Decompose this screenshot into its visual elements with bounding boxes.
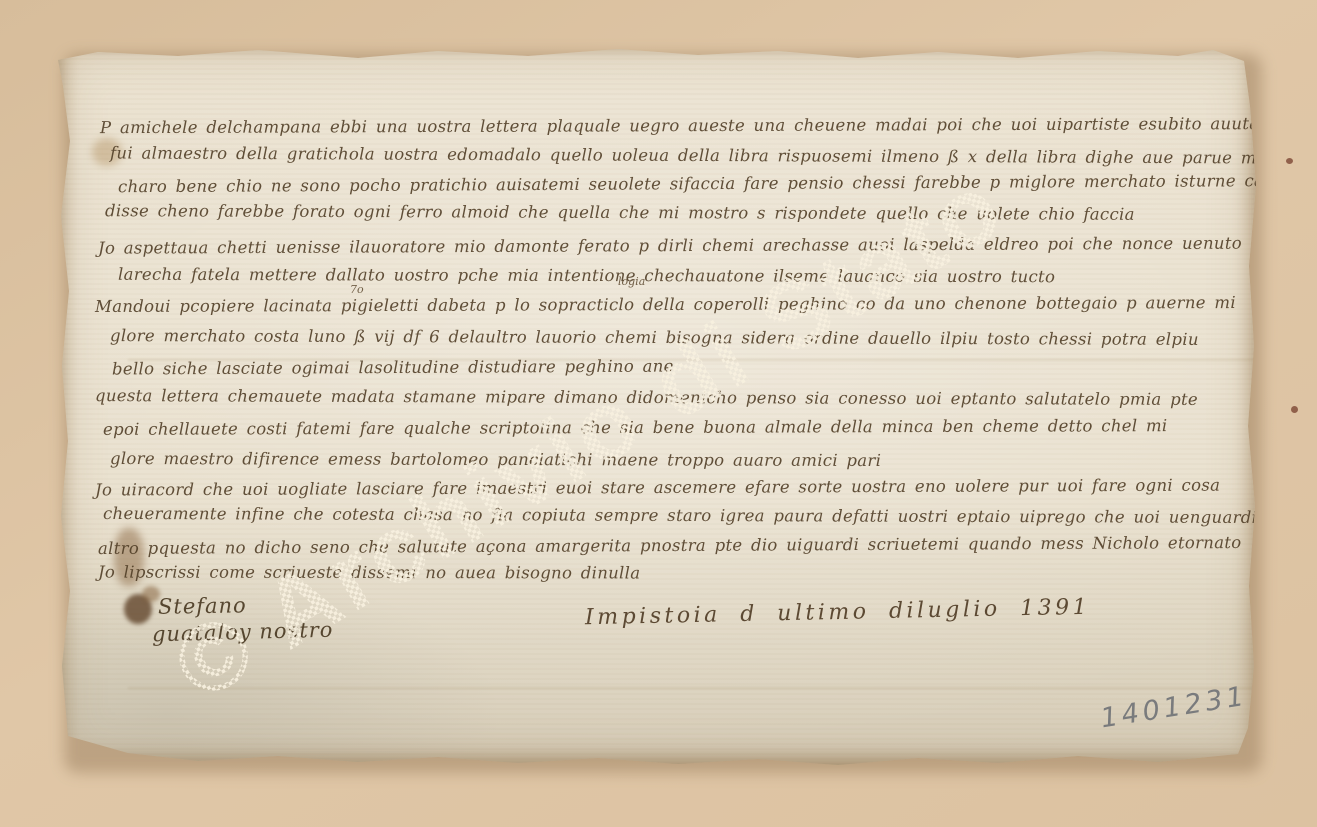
paper-crease: [128, 687, 1298, 689]
manuscript-line: glore merchato costa luno ß vij df 6 del…: [110, 328, 1199, 348]
manuscript-line: bello siche lasciate ogimai lasolitudine…: [112, 359, 674, 378]
interline-insertion: 7o: [350, 284, 364, 295]
manuscript-line: Jo aspettaua chetti uenisse ilauoratore …: [98, 235, 1304, 257]
manuscript-line: epoi chellauete costi fatemi fare qualch…: [103, 418, 1168, 438]
signature-name: Stefano: [158, 595, 247, 618]
manuscript-line: questa lettera chemauete madata stamane …: [95, 388, 1198, 408]
signature-second-line: guataloy nostro: [152, 620, 334, 646]
manuscript-line: altro pquesta no dicho seno che salutate…: [98, 535, 1242, 557]
mat-speck: [1291, 406, 1298, 413]
manuscript-line: cheueramente infine che cotesta chasa no…: [103, 506, 1284, 527]
manuscript-line: fui almaestro della gratichola uostra ed…: [110, 145, 1290, 167]
manuscript-paper: P amichele delchampana ebbi una uostra l…: [58, 46, 1256, 765]
archive-number-pencil: 1401231: [1099, 683, 1250, 733]
manuscript-line: glore maestro difirence emess bartolomeo…: [110, 451, 881, 470]
archival-photo-of-letter: P amichele delchampana ebbi una uostra l…: [0, 0, 1317, 827]
mat-speck: [1286, 158, 1293, 164]
manuscript-line: charo bene chio ne sono pocho pratichio …: [118, 173, 1317, 196]
manuscript-line: P amichele delchampana ebbi una uostra l…: [100, 116, 1317, 137]
manuscript-line: larecha fatela mettere dallato uostro pc…: [118, 267, 1055, 286]
manuscript-line: disse cheno farebbe forato ogni ferro al…: [105, 203, 1135, 223]
manuscript-line: Mandoui pcopiere lacinata pigieletti dab…: [95, 295, 1236, 315]
manuscript-line: Jo uiracord che uoi uogliate lasciare fa…: [95, 478, 1220, 499]
interline-insertion: logia: [618, 276, 645, 287]
manuscript-line: Jo lipscrissi come scriueste dissemi no …: [98, 565, 640, 582]
dateline: Impistoia d ultimo diluglio 1391: [585, 597, 1091, 630]
